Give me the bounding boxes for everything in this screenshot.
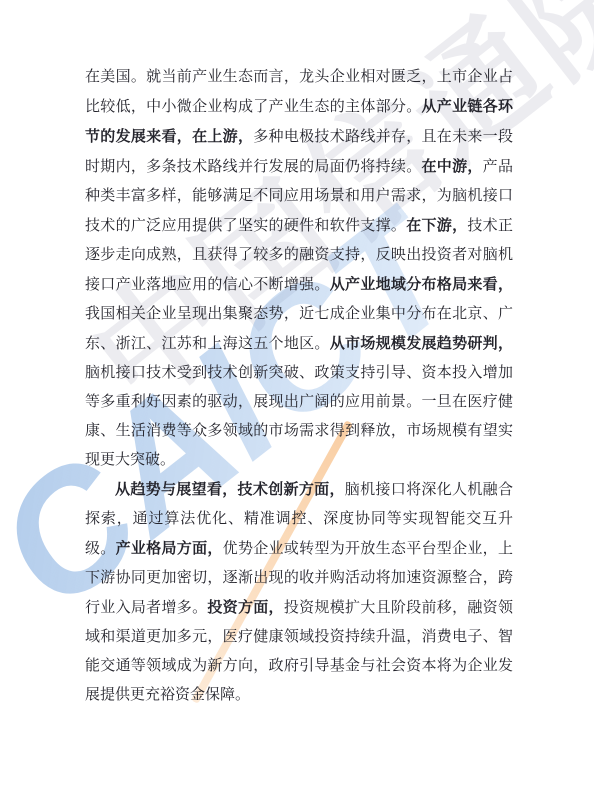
paragraph-industry-ecosystem: 在美国。就当前产业生态而言，龙头企业相对匮乏，上市企业占比较低，中小微企业构成了…: [85, 63, 513, 475]
emphasis-run: 从趋势与展望看，技术创新方面，: [115, 481, 345, 498]
emphasis-run: 从市场规模发展趋势研判，: [330, 335, 513, 352]
emphasis-run: 在中游，: [421, 158, 482, 175]
emphasis-run: 在下游，: [406, 217, 467, 234]
document-page: 中国信通院 CAICT 在美国。就当前产业生态而言，龙头企业相对匮乏，上市企业占…: [0, 0, 594, 806]
emphasis-run: 从产业地域分布格局来看，: [330, 276, 513, 293]
emphasis-run: 投资方面，: [207, 599, 283, 616]
text-run: 脑机接口技术受到技术创新突破、政策支持引导、资本投入增加等多重利好因素的驱动，展…: [85, 365, 513, 468]
document-body: 在美国。就当前产业生态而言，龙头企业相对匮乏，上市企业占比较低，中小微企业构成了…: [85, 63, 513, 710]
paragraph-trends-outlook: 从趋势与展望看，技术创新方面，脑机接口将深化人机融合探索，通过算法优化、精准调控…: [85, 475, 513, 710]
emphasis-run: 产业格局方面，: [116, 540, 223, 557]
